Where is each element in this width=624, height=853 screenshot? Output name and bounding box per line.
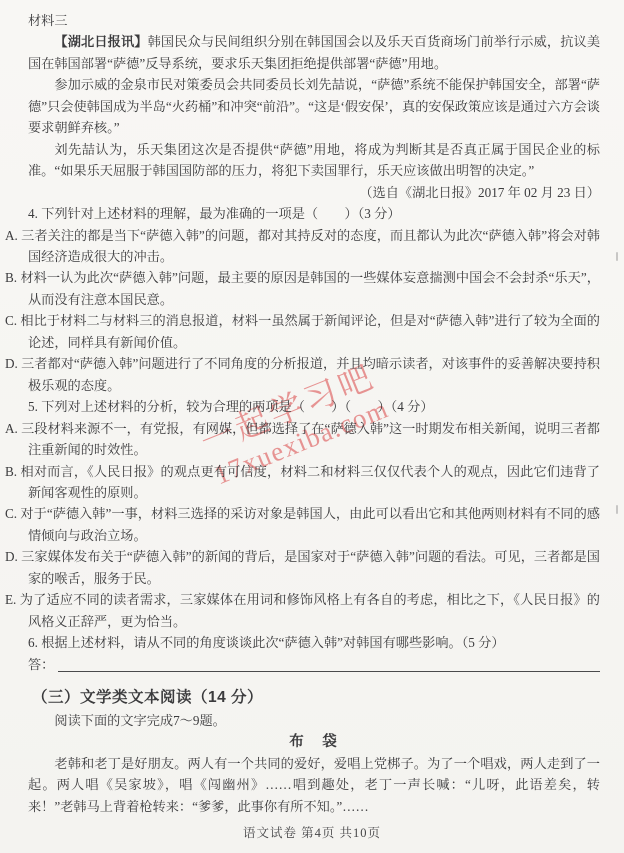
question-5-option-d: D. 三家媒体发布关于“萨德入韩”的新闻的背后，是国家对于“萨德入韩”问题的看法…	[28, 546, 600, 589]
answer-blank-underline	[58, 655, 600, 672]
question-4-stem: 4. 下列针对上述材料的理解，最为准确的一项是（ ）（3 分）	[28, 203, 600, 224]
section-3-heading: （三）文学类文本阅读（14 分）	[32, 686, 600, 710]
question-4-option-a: A. 三者关注的都是当下“萨德入韩”的问题，都对其持反对的态度，而且都认为此次“…	[28, 225, 600, 268]
material-paragraph-3: 刘先喆认为，乐天集团这次是否提供“萨德”用地，将成为判断其是否真正属于国民企业的…	[28, 139, 600, 182]
material-paragraph-1: 【湖北日报讯】韩国民众与民间组织分别在韩国国会以及乐天百货商场门前举行示威，抗议…	[28, 31, 600, 74]
question-5-option-c: C. 对于“萨德入韩”一事，材料三选择的采访对象是韩国人，由此可以看出它和其他两…	[28, 503, 600, 546]
question-5-option-e: E. 为了适应不同的读者需求，三家媒体在用词和修饰风格上有各自的考虑，相比之下，…	[28, 589, 600, 632]
material-source-line: （选自《湖北日报》2017 年 02 月 23 日）	[28, 182, 600, 203]
scan-artifact	[616, 252, 618, 261]
news-agency-tag: 【湖北日报讯】	[54, 34, 147, 49]
answer-label: 答：	[28, 654, 54, 675]
question-4-option-b: B. 材料一认为此次“萨德入韩”问题，最主要的原因是韩国的一些媒体妄意揣测中国会…	[28, 267, 600, 310]
reading-instruction: 阅读下面的文字完成7～9题。	[28, 710, 600, 731]
exam-page: 一起学习吧 17xuexiba.com 材料三 【湖北日报讯】韩国民众与民间组织…	[0, 0, 624, 853]
story-paragraph: 老韩和老丁是好朋友。两人有一个共同的爱好，爱唱上党梆子。为了一个唱戏，两人走到了…	[28, 753, 600, 817]
question-5-option-b: B. 相对而言，《人民日报》的观点更有可信度，材料二和材料三仅仅代表个人的观点，…	[28, 461, 600, 504]
question-4-option-c: C. 相比于材料二与材料三的消息报道，材料一虽然属于新闻评论，但是对“萨德入韩”…	[28, 310, 600, 353]
question-6-stem: 6. 根据上述材料，请从不同的角度谈谈此次“萨德入韩”对韩国有哪些影响。（5 分…	[28, 632, 600, 653]
question-5-option-a: A. 三段材料来源不一，有党报，有网媒，但都选择了在“萨德入韩”这一时期发布相关…	[28, 418, 600, 461]
question-5-stem: 5. 下列对上述材料的分析，较为合理的两项是（ ）（ ）（4 分）	[28, 396, 600, 417]
story-title: 布 袋	[28, 732, 600, 753]
question-4-option-d: D. 三者都对“萨德入韩”问题进行了不同角度的分析报道，并且均暗示读者，对该事件…	[28, 353, 600, 396]
material-label: 材料三	[28, 10, 600, 31]
material-paragraph-2: 参加示威的金泉市民对策委员会共同委员长刘先喆说，“萨德”系统不能保护韩国安全，部…	[28, 74, 600, 138]
scan-artifact	[616, 505, 618, 514]
page-footer: 语文试卷 第4页 共10页	[0, 823, 624, 844]
exam-content: 材料三 【湖北日报讯】韩国民众与民间组织分别在韩国国会以及乐天百货商场门前举行示…	[28, 10, 600, 817]
answer-line: 答：	[28, 654, 600, 675]
